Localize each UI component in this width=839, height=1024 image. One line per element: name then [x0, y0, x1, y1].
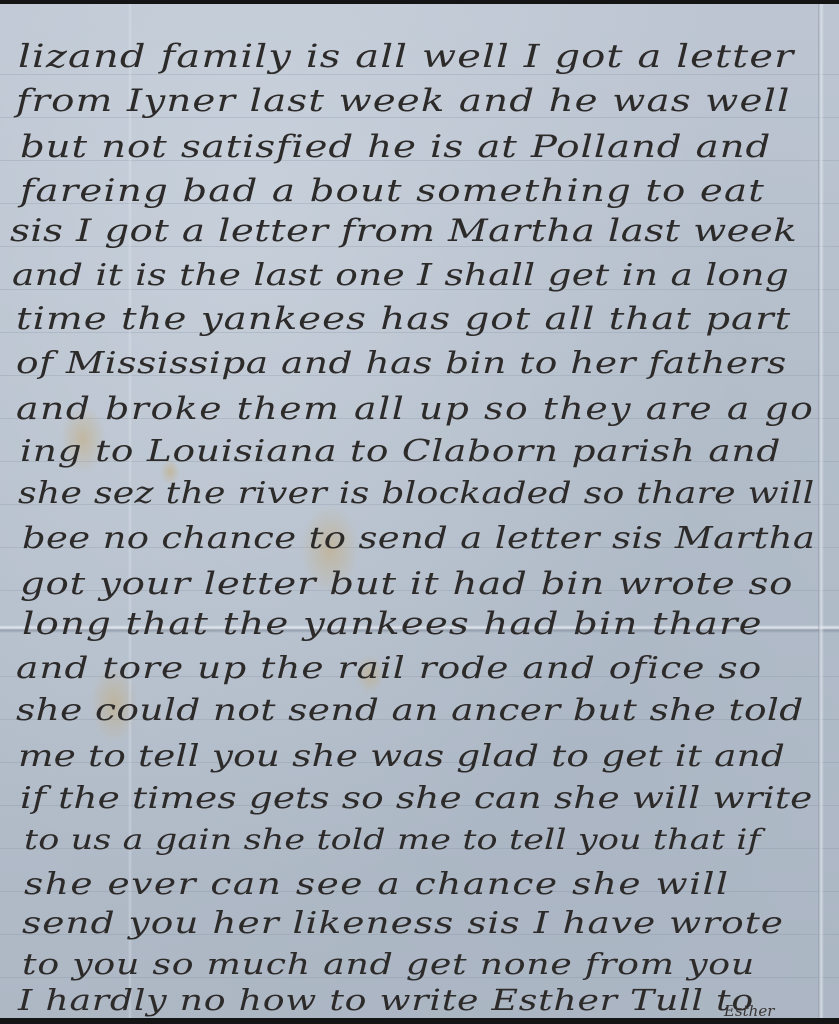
letter-line: if the times gets so she can she will wr…: [20, 784, 812, 814]
letter-line: fareing bad a bout something to eat: [20, 176, 765, 207]
letter-line: to you so much and get none from you: [22, 950, 755, 979]
letter-line: got your letter but it had bin wrote so: [20, 569, 793, 600]
letter-line: me to tell you she was glad to get it an…: [18, 742, 785, 772]
letter-line: she ever can see a chance she will: [24, 870, 730, 900]
letter-page: lizand family is all well I got a letter…: [0, 4, 839, 1018]
letter-line: and broke them all up so they are a go: [16, 394, 814, 425]
letter-line: to us a gain she told me to tell you tha…: [24, 826, 761, 854]
letter-line: she sez the river is blockaded so thare …: [18, 479, 814, 509]
letter-line: sis I got a letter from Martha last week: [10, 216, 797, 247]
letter-line: and it is the last one I shall get in a …: [12, 261, 789, 291]
letter-line: and tore up the rail rode and ofice so: [16, 654, 762, 684]
letter-line: but not satisfied he is at Polland and: [20, 132, 771, 163]
letter-line: of Mississipa and has bin to her fathers: [16, 349, 787, 379]
letter-line: she could not send an ancer but she told: [16, 696, 804, 726]
letter-line: send you her likeness sis I have wrote: [22, 909, 784, 939]
letter-line: I hardly no how to write Esther Tull to: [18, 986, 754, 1015]
scan-bottom-edge: [0, 1018, 839, 1024]
letter-body: lizand family is all well I got a letter…: [0, 4, 839, 1018]
letter-line: long that the yankees had bin thare: [22, 609, 763, 640]
letter-line: from Iyner last week and he was well: [16, 86, 791, 117]
letter-line: lizand family is all well I got a letter: [18, 40, 794, 72]
letter-line: ing to Louisiana to Claborn parish and: [20, 437, 781, 467]
letter-line: time the yankees has got all that part: [16, 304, 791, 335]
letter-line: bee no chance to send a letter sis Marth…: [22, 524, 815, 554]
signature-note: Esther: [724, 1002, 774, 1018]
